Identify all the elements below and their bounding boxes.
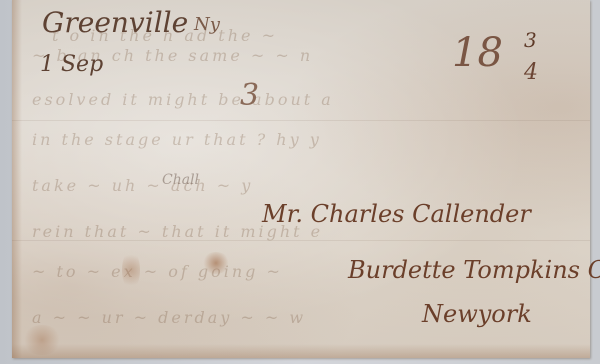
addressee-state: Newyork xyxy=(422,300,532,328)
foxing-stain xyxy=(202,252,230,274)
rate-numeral: 3 xyxy=(240,78,259,113)
foxing-stain xyxy=(22,325,62,355)
bleed-through-text: esolved it might be about a xyxy=(32,90,590,109)
fold-line xyxy=(12,120,590,121)
docket-note: Chall xyxy=(162,172,199,188)
postmark-state: Ny xyxy=(194,14,220,35)
postmark-town: Greenville xyxy=(42,6,188,39)
bleed-through-text: ~ b an ch the same ~ ~ n xyxy=(32,46,590,65)
manuscript-rate: 18 xyxy=(452,30,503,76)
rate-superscript: 3 xyxy=(524,28,537,52)
bleed-through-text: in the stage ur that ? hy y xyxy=(32,130,590,149)
addressee-name: Mr. Charles Callender xyxy=(262,200,531,228)
postmark-date: 1 Sep xyxy=(40,52,103,77)
letter-cover: t o in the h ad the ~ ~ b an ch the same… xyxy=(12,0,590,358)
rate-fraction: 4 xyxy=(524,60,538,85)
foxing-stain xyxy=(122,250,140,290)
bleed-through-text: take ~ uh ~ ach ~ y xyxy=(32,176,590,195)
addressee-town: Burdette Tompkins Co. xyxy=(348,256,600,284)
